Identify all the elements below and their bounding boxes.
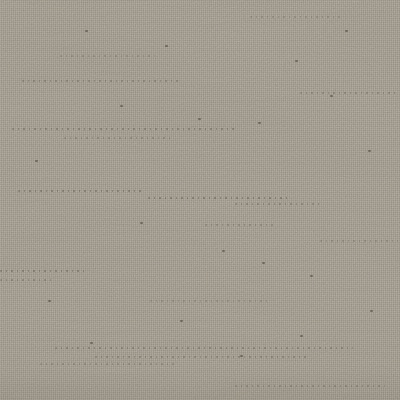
dark-nub-speck xyxy=(222,250,225,252)
dark-nub-speck xyxy=(295,60,298,62)
dark-nub-speck xyxy=(262,262,265,264)
dark-nub-speck xyxy=(258,122,261,124)
slub-streak xyxy=(205,224,275,226)
slub-streak xyxy=(60,55,155,57)
dark-nub-speck xyxy=(368,150,371,152)
slub-streak xyxy=(64,137,174,139)
slub-streak xyxy=(0,279,55,281)
slub-streak xyxy=(55,347,353,349)
dark-nub-speck xyxy=(370,310,373,312)
dark-nub-speck xyxy=(300,335,303,337)
slub-streak xyxy=(0,270,85,272)
screenshot-root xyxy=(0,0,400,400)
slub-streak xyxy=(148,197,288,199)
slub-streak xyxy=(12,128,237,130)
slub-streak xyxy=(300,92,396,94)
slub-streak xyxy=(320,240,398,242)
dark-nub-speck xyxy=(345,30,348,32)
slub-streak xyxy=(18,190,143,192)
dark-nub-speck xyxy=(48,300,51,302)
dark-nub-speck xyxy=(90,342,93,344)
slub-streak xyxy=(235,385,385,387)
slub-streak xyxy=(235,203,320,205)
slub-streak xyxy=(95,356,310,358)
slub-streak xyxy=(40,363,175,365)
dark-nub-speck xyxy=(330,95,333,97)
dark-nub-speck xyxy=(198,118,201,120)
dark-nub-speck xyxy=(180,320,183,322)
dark-nub-speck xyxy=(165,45,168,47)
dark-nub-speck xyxy=(140,222,143,224)
dark-nub-speck xyxy=(310,275,313,277)
dark-nub-speck xyxy=(240,355,243,357)
slub-layer xyxy=(0,0,400,400)
dark-nub-speck xyxy=(85,30,88,32)
dark-nub-speck xyxy=(35,160,38,162)
fabric-swatch-photo xyxy=(0,0,400,400)
slub-streak xyxy=(150,300,270,302)
dark-nub-speck xyxy=(120,105,123,107)
slub-streak xyxy=(250,16,340,18)
slub-streak xyxy=(22,80,182,82)
